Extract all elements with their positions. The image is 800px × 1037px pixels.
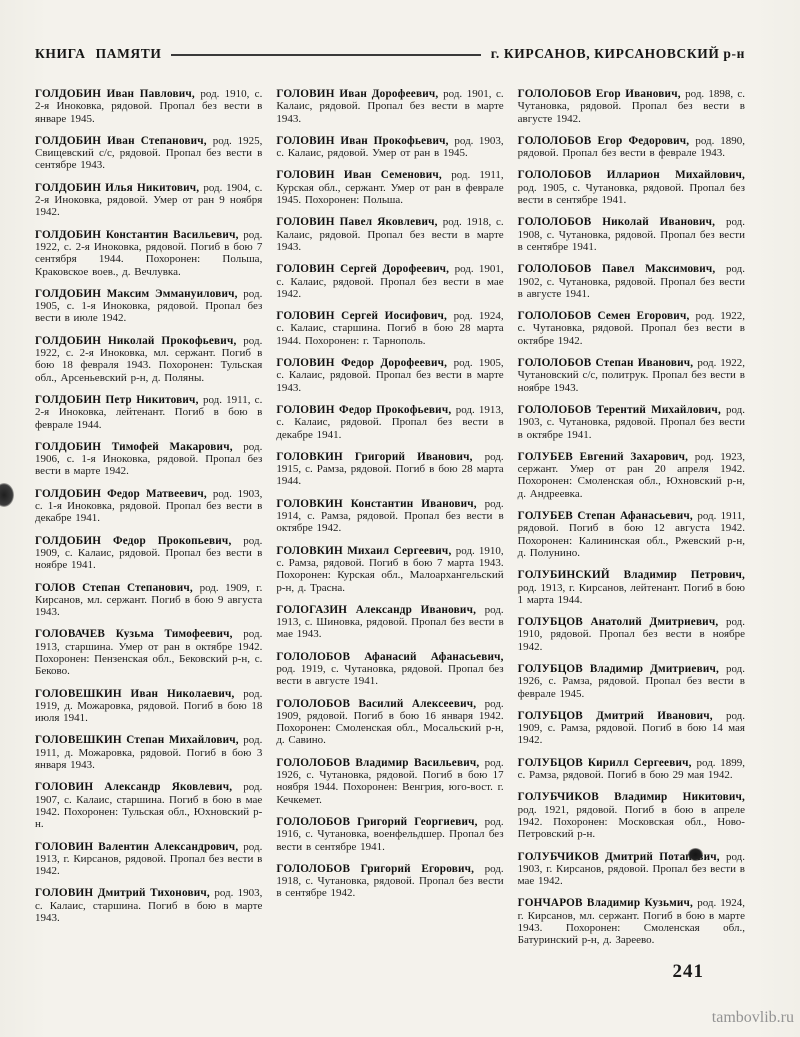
- entry-name: ГОЛОВИН Иван Семенович,: [276, 169, 451, 181]
- entry-name: ГОЛОВЕШКИН Степан Михайлович,: [35, 734, 243, 746]
- column-3: ГОЛОЛОБОВ Егор Иванович, род. 1898, с. Ч…: [518, 88, 745, 957]
- memorial-entry: ГОЛОВЕШКИН Степан Михайлович, род. 1911,…: [35, 734, 262, 771]
- entry-details: род. 1919, с. Чутановка, рядовой. Пропал…: [276, 663, 503, 687]
- header-rule: [171, 54, 480, 56]
- entry-name: ГОЛУБЧИКОВ Владимир Никитович,: [518, 791, 745, 803]
- memorial-entry: ГОЛОЛОБОВ Егор Федорович, род. 1890, ряд…: [518, 135, 745, 160]
- entry-name: ГОЛОВИН Иван Дорофеевич,: [276, 88, 443, 100]
- memorial-entry: ГОЛОГАЗИН Александр Иванович, род. 1913,…: [276, 604, 503, 641]
- entry-name: ГОЛДОБИН Тимофей Макарович,: [35, 441, 243, 453]
- entry-name: ГОЛОВИН Павел Яковлевич,: [276, 216, 442, 228]
- memorial-entry: ГОЛОВИН Сергей Иосифович, род. 1924, с. …: [276, 310, 503, 347]
- memorial-entry: ГОЛОЛОБОВ Павел Максимович, род. 1902, с…: [518, 263, 745, 300]
- entry-name: ГОЛОВИН Александр Яковлевич,: [35, 781, 243, 793]
- memorial-entry: ГОЛОЛОБОВ Степан Иванович, род. 1922, Чу…: [518, 357, 745, 394]
- memorial-entry: ГОЛДОБИН Федор Матвеевич, род. 1903, с. …: [35, 488, 262, 525]
- memorial-entry: ГОЛОВКИН Михаил Сергеевич, род. 1910, с.…: [276, 545, 503, 594]
- memorial-entry: ГОЛОВИН Федор Прокофьевич, род. 1913, с.…: [276, 404, 503, 441]
- entry-name: ГОЛОВКИН Михаил Сергеевич,: [276, 545, 455, 557]
- memorial-entry: ГОЛУБЦОВ Дмитрий Иванович, род. 1909, с.…: [518, 710, 745, 747]
- entry-name: ГОЛОЛОБОВ Илларион Михайлович,: [518, 169, 745, 181]
- entry-name: ГОЛУБЕВ Степан Афанасьевич,: [518, 510, 698, 522]
- memorial-entry: ГОЛОЛОБОВ Егор Иванович, род. 1898, с. Ч…: [518, 88, 745, 125]
- memorial-entry: ГОЛОВИН Иван Прокофьевич, род. 1903, с. …: [276, 135, 503, 160]
- memorial-entry: ГОЛОЛОБОВ Илларион Михайлович, род. 1905…: [518, 169, 745, 206]
- memorial-entry: ГОЛОВИН Александр Яковлевич, род. 1907, …: [35, 781, 262, 830]
- memorial-entry: ГОЛОЛОБОВ Василий Алексеевич, род. 1909,…: [276, 698, 503, 747]
- entry-name: ГОЛОГАЗИН Александр Иванович,: [276, 604, 484, 616]
- memorial-entry: ГОЛОВАЧЕВ Кузьма Тимофеевич, род. 1913, …: [35, 628, 262, 677]
- entry-name: ГОЛУБЦОВ Кирилл Сергеевич,: [518, 757, 697, 769]
- memorial-entry: ГОЛУБЦОВ Владимир Дмитриевич, род. 1926,…: [518, 663, 745, 700]
- entry-name: ГОЛОВИН Сергей Иосифович,: [276, 310, 453, 322]
- memorial-entry: ГОЛУБИНСКИЙ Владимир Петрович, род. 1913…: [518, 569, 745, 606]
- entry-name: ГОЛОЛОБОВ Григорий Георгиевич,: [276, 816, 484, 828]
- memorial-entry: ГОЛУБЦОВ Анатолий Дмитриевич, род. 1910,…: [518, 616, 745, 653]
- column-2: ГОЛОВИН Иван Дорофеевич, род. 1901, с. К…: [276, 88, 503, 957]
- entry-name: ГОЛОВИН Сергей Дорофеевич,: [276, 263, 454, 275]
- entry-name: ГОЛДОБИН Николай Прокофьевич,: [35, 335, 243, 347]
- entry-name: ГОЛОЛОБОВ Егор Федорович,: [518, 135, 696, 147]
- memorial-entry: ГОЛДОБИН Петр Никитович, род. 1911, с. 2…: [35, 394, 262, 431]
- entry-name: ГОЛДОБИН Иван Степанович,: [35, 135, 213, 147]
- entry-name: ГОЛОЛОБОВ Афанасий Афанасьевич,: [276, 651, 503, 663]
- entry-name: ГОЛУБЦОВ Дмитрий Иванович,: [518, 710, 726, 722]
- entry-name: ГОЛОВИН Федор Прокофьевич,: [276, 404, 455, 416]
- watermark: tambovlib.ru: [712, 1009, 794, 1027]
- entry-name: ГОНЧАРОВ Владимир Кузьмич,: [518, 897, 698, 909]
- memorial-entry: ГОЛОВИН Павел Яковлевич, род. 1918, с. К…: [276, 216, 503, 253]
- memorial-entry: ГОЛОЛОБОВ Николай Иванович, род. 1908, с…: [518, 216, 745, 253]
- entry-name: ГОЛОВЕШКИН Иван Николаевич,: [35, 688, 243, 700]
- entry-name: ГОЛДОБИН Константин Васильевич,: [35, 229, 243, 241]
- scanned-page: КНИГА ПАМЯТИ г. КИРСАНОВ, КИРСАНОВСКИЙ р…: [0, 0, 800, 1037]
- memorial-entry: ГОЛОВИН Дмитрий Тихонович, род. 1903, с.…: [35, 887, 262, 924]
- entry-name: ГОЛДОБИН Максим Эммануилович,: [35, 288, 243, 300]
- column-1: ГОЛДОБИН Иван Павлович, род. 1910, с. 2-…: [35, 88, 262, 957]
- memorial-entry: ГОЛУБЕВ Степан Афанасьевич, род. 1911, р…: [518, 510, 745, 559]
- entry-name: ГОЛОЛОБОВ Семен Егорович,: [518, 310, 696, 322]
- memorial-entry: ГОЛУБЧИКОВ Владимир Никитович, род. 1921…: [518, 791, 745, 840]
- page-header: КНИГА ПАМЯТИ г. КИРСАНОВ, КИРСАНОВСКИЙ р…: [35, 46, 745, 62]
- entry-name: ГОЛУБИНСКИЙ Владимир Петрович,: [518, 569, 745, 581]
- entry-name: ГОЛОВИН Валентин Александрович,: [35, 841, 243, 853]
- memorial-entry: ГОЛДОБИН Тимофей Макарович, род. 1906, с…: [35, 441, 262, 478]
- book-title: КНИГА ПАМЯТИ: [35, 46, 161, 62]
- memorial-entry: ГОЛДОБИН Николай Прокофьевич, род. 1922,…: [35, 335, 262, 384]
- entry-name: ГОЛОВИН Дмитрий Тихонович,: [35, 887, 214, 899]
- entry-details: род. 1921, рядовой. Погиб в бою в апреле…: [518, 804, 745, 841]
- memorial-entry: ГОЛОЛОБОВ Григорий Егорович, род. 1918, …: [276, 863, 503, 900]
- page-number: 241: [673, 961, 705, 983]
- entry-name: ГОЛОВ Степан Степанович,: [35, 582, 200, 594]
- memorial-entry: ГОЛОВИН Иван Дорофеевич, род. 1901, с. К…: [276, 88, 503, 125]
- entry-name: ГОЛОЛОБОВ Владимир Васильевич,: [276, 757, 484, 769]
- district-title: г. КИРСАНОВ, КИРСАНОВСКИЙ р-н: [491, 46, 745, 62]
- entry-name: ГОЛДОБИН Федор Матвеевич,: [35, 488, 213, 500]
- memorial-entry: ГОЛУБЦОВ Кирилл Сергеевич, род. 1899, с.…: [518, 757, 745, 782]
- memorial-entry: ГОЛДОБИН Иван Павлович, род. 1910, с. 2-…: [35, 88, 262, 125]
- entries-columns: ГОЛДОБИН Иван Павлович, род. 1910, с. 2-…: [35, 88, 745, 957]
- memorial-entry: ГОЛОЛОБОВ Григорий Георгиевич, род. 1916…: [276, 816, 503, 853]
- memorial-entry: ГОЛОВЕШКИН Иван Николаевич, род. 1919, д…: [35, 688, 262, 725]
- entry-name: ГОЛОЛОБОВ Василий Алексеевич,: [276, 698, 484, 710]
- memorial-entry: ГОЛОЛОБОВ Афанасий Афанасьевич, род. 191…: [276, 651, 503, 688]
- memorial-entry: ГОЛДОБИН Константин Васильевич, род. 192…: [35, 229, 262, 278]
- entry-name: ГОЛОВИН Федор Дорофеевич,: [276, 357, 453, 369]
- entry-name: ГОЛОВИН Иван Прокофьевич,: [276, 135, 454, 147]
- memorial-entry: ГОЛДОБИН Максим Эммануилович, род. 1905,…: [35, 288, 262, 325]
- memorial-entry: ГОЛОВИН Сергей Дорофеевич, род. 1901, с.…: [276, 263, 503, 300]
- entry-name: ГОЛДОБИН Илья Никитович,: [35, 182, 203, 194]
- entry-details: род. 1905, с. Чутановка, рядовой. Пропал…: [518, 182, 745, 206]
- memorial-entry: ГОЛОВИН Иван Семенович, род. 1911, Курск…: [276, 169, 503, 206]
- entry-name: ГОЛОЛОБОВ Егор Иванович,: [518, 88, 686, 100]
- entry-name: ГОЛДОБИН Петр Никитович,: [35, 394, 203, 406]
- memorial-entry: ГОЛУБЧИКОВ Дмитрий Потапович, род. 1903,…: [518, 851, 745, 888]
- memorial-entry: ГОЛУБЕВ Евгений Захарович, род. 1923, се…: [518, 451, 745, 500]
- entry-name: ГОЛОВКИН Григорий Иванович,: [276, 451, 484, 463]
- entry-name: ГОЛОЛОБОВ Григорий Егорович,: [276, 863, 484, 875]
- entry-name: ГОЛОЛОБОВ Николай Иванович,: [518, 216, 726, 228]
- entry-name: ГОЛДОБИН Иван Павлович,: [35, 88, 200, 100]
- entry-name: ГОЛДОБИН Федор Прокопьевич,: [35, 535, 243, 547]
- entry-name: ГОЛОВКИН Константин Иванович,: [276, 498, 484, 510]
- memorial-entry: ГОЛДОБИН Иван Степанович, род. 1925, Сви…: [35, 135, 262, 172]
- memorial-entry: ГОНЧАРОВ Владимир Кузьмич, род. 1924, г.…: [518, 897, 745, 946]
- memorial-entry: ГОЛОВИН Федор Дорофеевич, род. 1905, с. …: [276, 357, 503, 394]
- memorial-entry: ГОЛДОБИН Федор Прокопьевич, род. 1909, с…: [35, 535, 262, 572]
- entry-details: род. 1913, г. Кирсанов, лейтенант. Погиб…: [518, 582, 745, 606]
- memorial-entry: ГОЛОВКИН Константин Иванович, род. 1914,…: [276, 498, 503, 535]
- entry-name: ГОЛОЛОБОВ Павел Максимович,: [518, 263, 726, 275]
- entry-name: ГОЛУБЕВ Евгений Захарович,: [518, 451, 695, 463]
- entry-name: ГОЛОЛОБОВ Степан Иванович,: [518, 357, 698, 369]
- memorial-entry: ГОЛДОБИН Илья Никитович, род. 1904, с. 2…: [35, 182, 262, 219]
- entry-name: ГОЛУБЦОВ Владимир Дмитриевич,: [518, 663, 726, 675]
- ink-blot-left: [0, 483, 14, 507]
- memorial-entry: ГОЛОЛОБОВ Владимир Васильевич, род. 1926…: [276, 757, 503, 806]
- memorial-entry: ГОЛОЛОБОВ Терентий Михайлович, род. 1903…: [518, 404, 745, 441]
- entry-name: ГОЛОЛОБОВ Терентий Михайлович,: [518, 404, 726, 416]
- entry-name: ГОЛУБЦОВ Анатолий Дмитриевич,: [518, 616, 726, 628]
- memorial-entry: ГОЛОВ Степан Степанович, род. 1909, г. К…: [35, 582, 262, 619]
- memorial-entry: ГОЛОВКИН Григорий Иванович, род. 1915, с…: [276, 451, 503, 488]
- memorial-entry: ГОЛОЛОБОВ Семен Егорович, род. 1922, с. …: [518, 310, 745, 347]
- ink-blot-text: [688, 848, 703, 861]
- entry-name: ГОЛОВАЧЕВ Кузьма Тимофеевич,: [35, 628, 243, 640]
- memorial-entry: ГОЛОВИН Валентин Александрович, род. 191…: [35, 841, 262, 878]
